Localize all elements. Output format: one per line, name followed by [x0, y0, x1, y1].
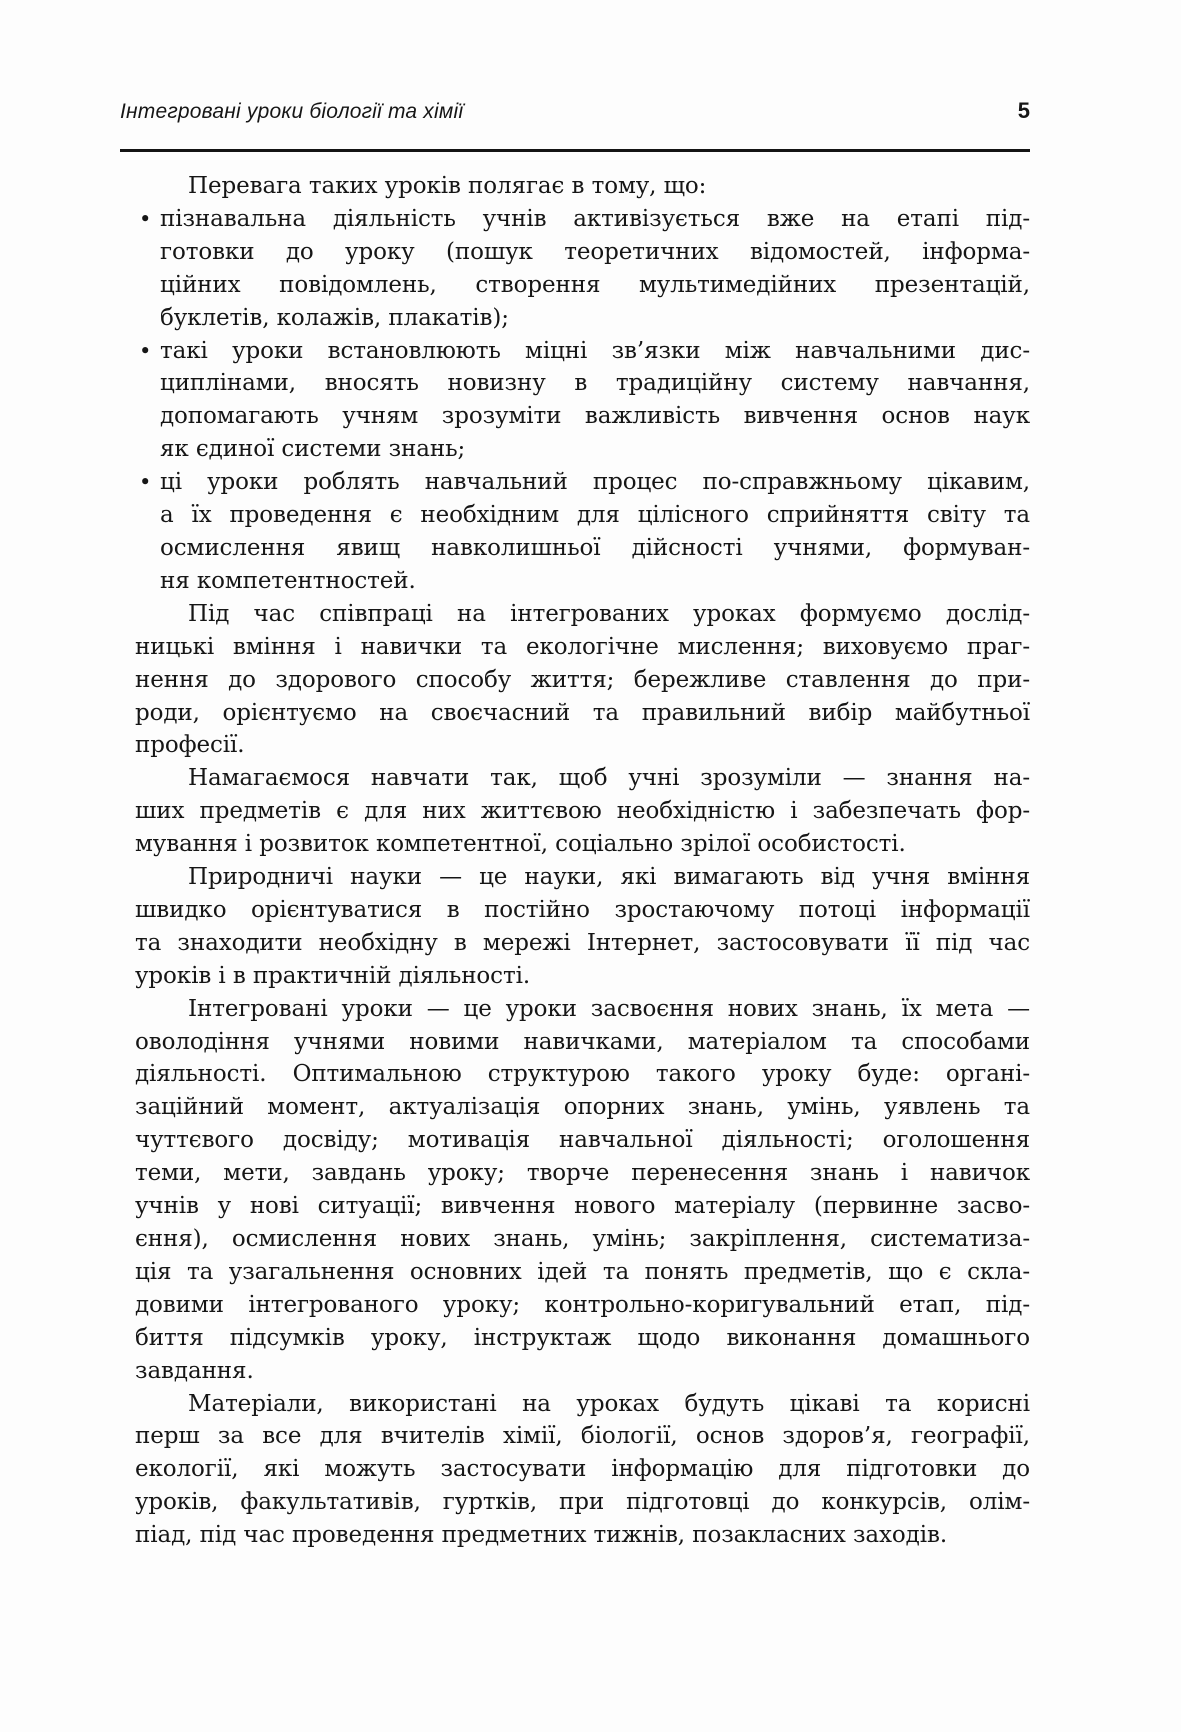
text-line: та знаходити необхідну в мережі Інтернет… [135, 927, 1030, 960]
text-line: нення до здорового способу життя; бережл… [135, 664, 1030, 697]
text-line: Природничі науки — це науки, які вимагаю… [135, 861, 1030, 894]
text-line: оволодіння учнями новими навичками, мате… [135, 1026, 1030, 1059]
text-line: допомагають учням зрозуміти важливість в… [160, 400, 1030, 433]
text-line: ці уроки роблять навчальний процес по-сп… [160, 466, 1030, 499]
text-line: піад, під час проведення предметних тижн… [135, 1519, 1030, 1552]
running-header: Інтегровані уроки біології та хімії 5 [120, 98, 1030, 124]
text-line: екології, які можуть застосувати інформа… [135, 1453, 1030, 1486]
text-line: чуттєвого досвіду; мотивація навчальної … [135, 1124, 1030, 1157]
bullet-icon: • [139, 335, 151, 368]
text-line: Перевага таких уроків полягає в тому, що… [135, 170, 1030, 203]
text-line: Матеріали, використані на уроках будуть … [135, 1388, 1030, 1421]
paragraph: Матеріали, використані на уроках будуть … [135, 1388, 1030, 1553]
text-line: готовки до уроку (пошук теоретичних відо… [160, 236, 1030, 269]
paragraph: Намагаємося навчати так, щоб учні зрозум… [135, 762, 1030, 861]
text-line: швидко орієнтуватися в постійно зростаюч… [135, 894, 1030, 927]
book-page: Інтегровані уроки біології та хімії 5 Пе… [0, 0, 1181, 1732]
text-line: єння), осмислення нових знань, умінь; за… [135, 1223, 1030, 1256]
text-line: довими інтегрованого уроку; контрольно-к… [135, 1289, 1030, 1322]
bullet-item: •ці уроки роблять навчальний процес по-с… [135, 466, 1030, 598]
paragraph: Під час співпраці на інтегрованих уроках… [135, 598, 1030, 763]
text-line: перш за все для вчителів хімії, біології… [135, 1420, 1030, 1453]
text-line: діяльності. Оптимальною структурою таког… [135, 1058, 1030, 1091]
text-line: уроків, факультативів, гуртків, при підг… [135, 1486, 1030, 1519]
text-line: ція та узагальнення основних ідей та пон… [135, 1256, 1030, 1289]
text-line: професії. [135, 729, 1030, 762]
text-line: ших предметів є для них життєвою необхід… [135, 795, 1030, 828]
header-title: Інтегровані уроки біології та хімії [120, 100, 463, 124]
bullet-item: •такі уроки встановлюють міцні зв’язки м… [135, 335, 1030, 467]
text-line: як єдиної системи знань; [160, 433, 1030, 466]
page-body: Перевага таких уроків полягає в тому, що… [135, 170, 1030, 1552]
text-line: Намагаємося навчати так, щоб учні зрозум… [135, 762, 1030, 795]
bullet-icon: • [139, 203, 151, 236]
text-line: учнів у нові ситуації; вивчення нового м… [135, 1190, 1030, 1223]
text-line: роди, орієнтуємо на своєчасний та правил… [135, 697, 1030, 730]
text-line: а їх проведення є необхідним для цілісно… [160, 499, 1030, 532]
text-line: биття підсумків уроку, інструктаж щодо в… [135, 1322, 1030, 1355]
text-line: циплінами, вносять новизну в традиційну … [160, 367, 1030, 400]
bullet-icon: • [139, 466, 151, 499]
text-line: ційних повідомлень, створення мультимеді… [160, 269, 1030, 302]
text-line: теми, мети, завдань уроку; творче перене… [135, 1157, 1030, 1190]
text-line: осмислення явищ навколишньої дійсності у… [160, 532, 1030, 565]
text-line: Під час співпраці на інтегрованих уроках… [135, 598, 1030, 631]
text-line: буклетів, колажів, плакатів); [160, 302, 1030, 335]
text-line: такі уроки встановлюють міцні зв’язки мі… [160, 335, 1030, 368]
text-line: Інтегровані уроки — це уроки засвоєння н… [135, 993, 1030, 1026]
paragraph: Перевага таких уроків полягає в тому, що… [135, 170, 1030, 203]
text-line: заційний момент, актуалізація опорних зн… [135, 1091, 1030, 1124]
paragraph: Природничі науки — це науки, які вимагаю… [135, 861, 1030, 993]
text-line: мування і розвиток компетентної, соціаль… [135, 828, 1030, 861]
bullet-item: •пізнавальна діяльність учнів активізуєт… [135, 203, 1030, 335]
text-line: завдання. [135, 1355, 1030, 1388]
header-rule [120, 149, 1030, 152]
text-line: уроків і в практичній діяльності. [135, 960, 1030, 993]
page-number: 5 [1018, 98, 1030, 124]
text-line: ня компетентностей. [160, 565, 1030, 598]
text-line: пізнавальна діяльність учнів активізуєть… [160, 203, 1030, 236]
text-line: ницькі вміння і навички та екологічне ми… [135, 631, 1030, 664]
paragraph: Інтегровані уроки — це уроки засвоєння н… [135, 993, 1030, 1388]
